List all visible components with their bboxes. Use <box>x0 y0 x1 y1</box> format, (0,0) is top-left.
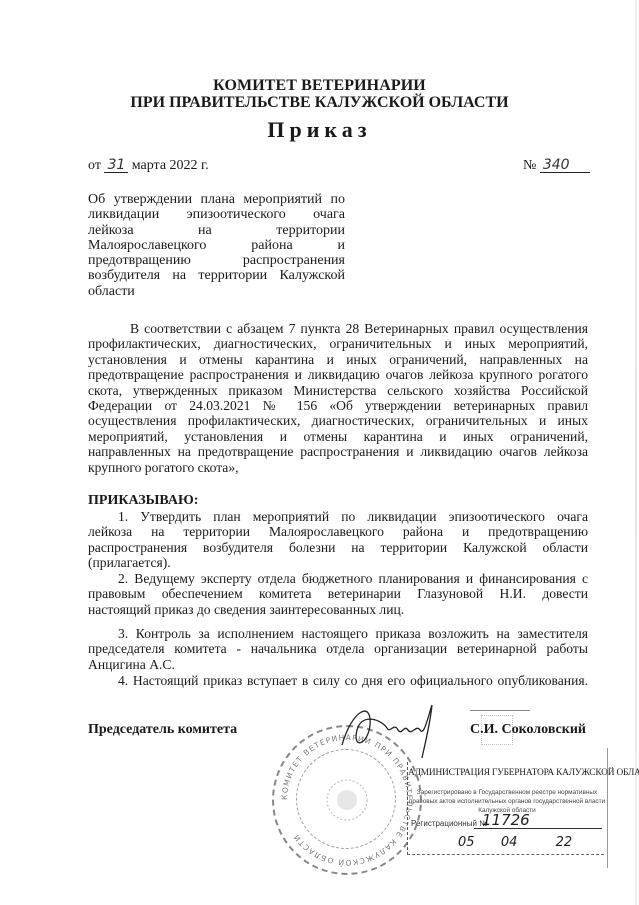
number-label: № <box>523 158 536 173</box>
order-line: правовым обеспечением комитета ветеринар… <box>88 586 588 601</box>
order-line: 2. Ведущему эксперту отдела бюджетного п… <box>88 571 588 586</box>
org-name-line1: КОМИТЕТ ВЕТЕРИНАРИИ <box>0 77 639 95</box>
order-item-3: 3. Контроль за исполнением настоящего пр… <box>88 626 588 672</box>
preamble-line: В соответствии с абзацем 7 пункта 28 Вет… <box>88 321 588 336</box>
order-line: 1. Утвердить план мероприятий по ликвида… <box>88 509 588 524</box>
order-line: настоящий приказ до сведения заинтересов… <box>88 602 588 617</box>
order-line: председателя комитета - начальника отдел… <box>88 641 588 656</box>
order-line: 3. Контроль за исполнением настоящего пр… <box>88 626 588 641</box>
registration-date: 05 04 22 <box>458 835 572 850</box>
order-line: лейкоза на территории Малоярославецкого … <box>88 524 588 539</box>
registration-year: 22 <box>556 835 573 850</box>
preamble-line: профилактических, диагностических, огран… <box>88 336 588 351</box>
preamble-line: скота, утвержденных приказом Министерств… <box>88 383 588 398</box>
org-name-line2: ПРИ ПРАВИТЕЛЬСТВЕ КАЛУЖСКОЙ ОБЛАСТИ <box>0 94 639 112</box>
order-subject: Об утверждении плана мероприятий по ликв… <box>88 192 345 299</box>
subject-line: предотвращению распространения <box>88 253 345 268</box>
order-item-1: 1. Утвердить план мероприятий по ликвида… <box>88 509 588 571</box>
handwritten-signature <box>332 700 452 760</box>
registration-day: 05 <box>458 835 475 850</box>
registration-line: правовых актов исполнительных органов го… <box>408 797 606 806</box>
preamble-line: направленных на предотвращение распростр… <box>88 444 588 459</box>
order-item-4: 4. Настоящий приказ вступает в силу со д… <box>88 673 588 688</box>
subject-line: Малоярославецкого района и <box>88 238 345 253</box>
subject-line: лейкоза на территории <box>88 223 345 238</box>
document-page: КОМИТЕТ ВЕТЕРИНАРИИ ПРИ ПРАВИТЕЛЬСТВЕ КА… <box>0 0 639 905</box>
order-date: от 31 марта 2022 г. <box>88 158 209 174</box>
signer-name: С.И. Соколовский <box>470 722 586 738</box>
registration-line: Зарегистрировано в Государственном реест… <box>408 788 606 797</box>
document-type: Приказ <box>0 117 639 143</box>
preamble: В соответствии с абзацем 7 пункта 28 Вет… <box>88 321 588 475</box>
registration-month: 04 <box>501 835 518 850</box>
registration-stamp-title: АДМИНИСТРАЦИЯ ГУБЕРНАТОРА КАЛУЖСКОЙ ОБЛА… <box>408 768 606 778</box>
date-prefix: от <box>88 158 101 173</box>
preamble-line: установления и отмены карантина и иных о… <box>88 352 588 367</box>
orders-heading: ПРИКАЗЫВАЮ: <box>88 493 198 509</box>
preamble-line: осуществления профилактических, диагност… <box>88 413 588 428</box>
order-number: № 340 <box>523 158 590 174</box>
subject-line: ликвидации эпизоотического очага <box>88 207 345 222</box>
date-month-year: марта 2022 г. <box>132 158 209 173</box>
preamble-line: предотвращение распространения и ликвида… <box>88 367 588 382</box>
date-day-handwritten: 31 <box>104 158 128 173</box>
subject-line: Об утверждении плана мероприятий по <box>88 192 345 207</box>
order-item-2: 2. Ведущему эксперту отдела бюджетного п… <box>88 571 588 617</box>
registration-stamp: АДМИНИСТРАЦИЯ ГУБЕРНАТОРА КАЛУЖСКОЙ ОБЛА… <box>407 762 604 855</box>
preamble-line: мероприятий, установления и отмены каран… <box>88 429 588 444</box>
preamble-line: крупного рогатого скота», <box>88 460 588 475</box>
signer-title: Председатель комитета <box>88 722 237 738</box>
seal-inner-ring <box>296 749 396 849</box>
registration-number: 11726 <box>474 812 602 829</box>
stamp-border-right <box>607 748 608 868</box>
signature-rule <box>470 710 530 711</box>
preamble-line: Федерации от 24.03.2021 № 156 «Об утверж… <box>88 398 588 413</box>
order-line: (прилагается). <box>88 555 588 570</box>
order-line: 4. Настоящий приказ вступает в силу со д… <box>88 673 588 688</box>
subject-line: возбудителя на территории Калужской <box>88 268 345 283</box>
order-line: Анцигина А.С. <box>88 657 588 672</box>
subject-line: области <box>88 284 345 299</box>
order-line: распространения возбудителя болезни на т… <box>88 540 588 555</box>
number-handwritten: 340 <box>540 158 590 173</box>
